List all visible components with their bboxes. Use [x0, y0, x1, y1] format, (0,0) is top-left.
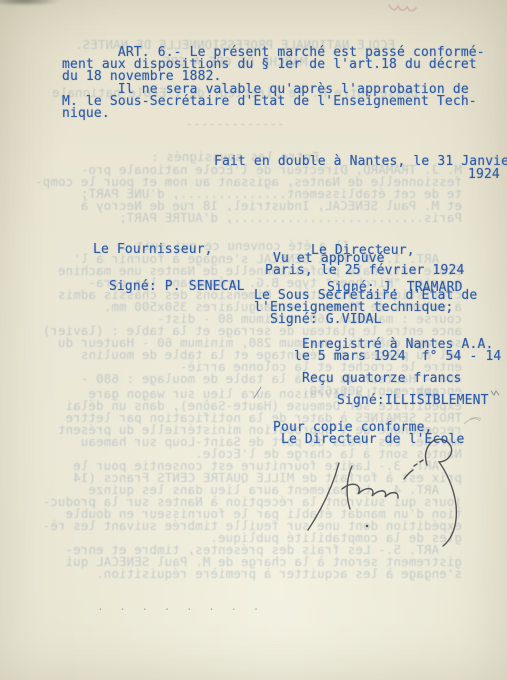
dateline-place: Fait en double à Nantes, le 31 Janvier [214, 156, 507, 168]
article6-paragraph: ART. 6.- Le présent marché est passé con… [62, 47, 485, 120]
fee-line: Reçu quatorze francs [302, 373, 462, 385]
approval-block: Vu et approuvéParis, le 25 février 1924 [265, 253, 464, 277]
bleedthrough-parties: M. J. TRAMARD, Directeur de l'Ecole nati… [8, 164, 462, 224]
illegible-signature-line: Signé:ILLISIBLEMENT [337, 395, 489, 407]
copy-conform-block: Pour copie conforme, Le Directeur de l'E… [273, 422, 464, 446]
secretary-block: Le Sous Secrétaire d'Etat del'Enseigneme… [254, 290, 477, 327]
pink-offset-mark [389, 5, 416, 11]
supplier-signed: Signé: P. SENECAL [93, 281, 245, 293]
supplier-signature-block: Le Fournisseur, Signé: P. SENECAL [93, 220, 245, 318]
supplier-role: Le Fournisseur, [93, 244, 245, 256]
footer-dots: . . . . . . . . [97, 600, 264, 613]
registration-block: Enregistré à Nantes A.A.le 5 mars 1924 f… [294, 339, 501, 363]
bleedthrough-terms: ART. 2.- La livraison aura lieu sur wago… [8, 388, 462, 580]
document-page: ECOLE NATIONALE PROFESSIONNELLE DE NANTE… [0, 0, 507, 680]
dateline-year: 1924 [468, 169, 500, 181]
edge-smudge [0, 0, 60, 6]
